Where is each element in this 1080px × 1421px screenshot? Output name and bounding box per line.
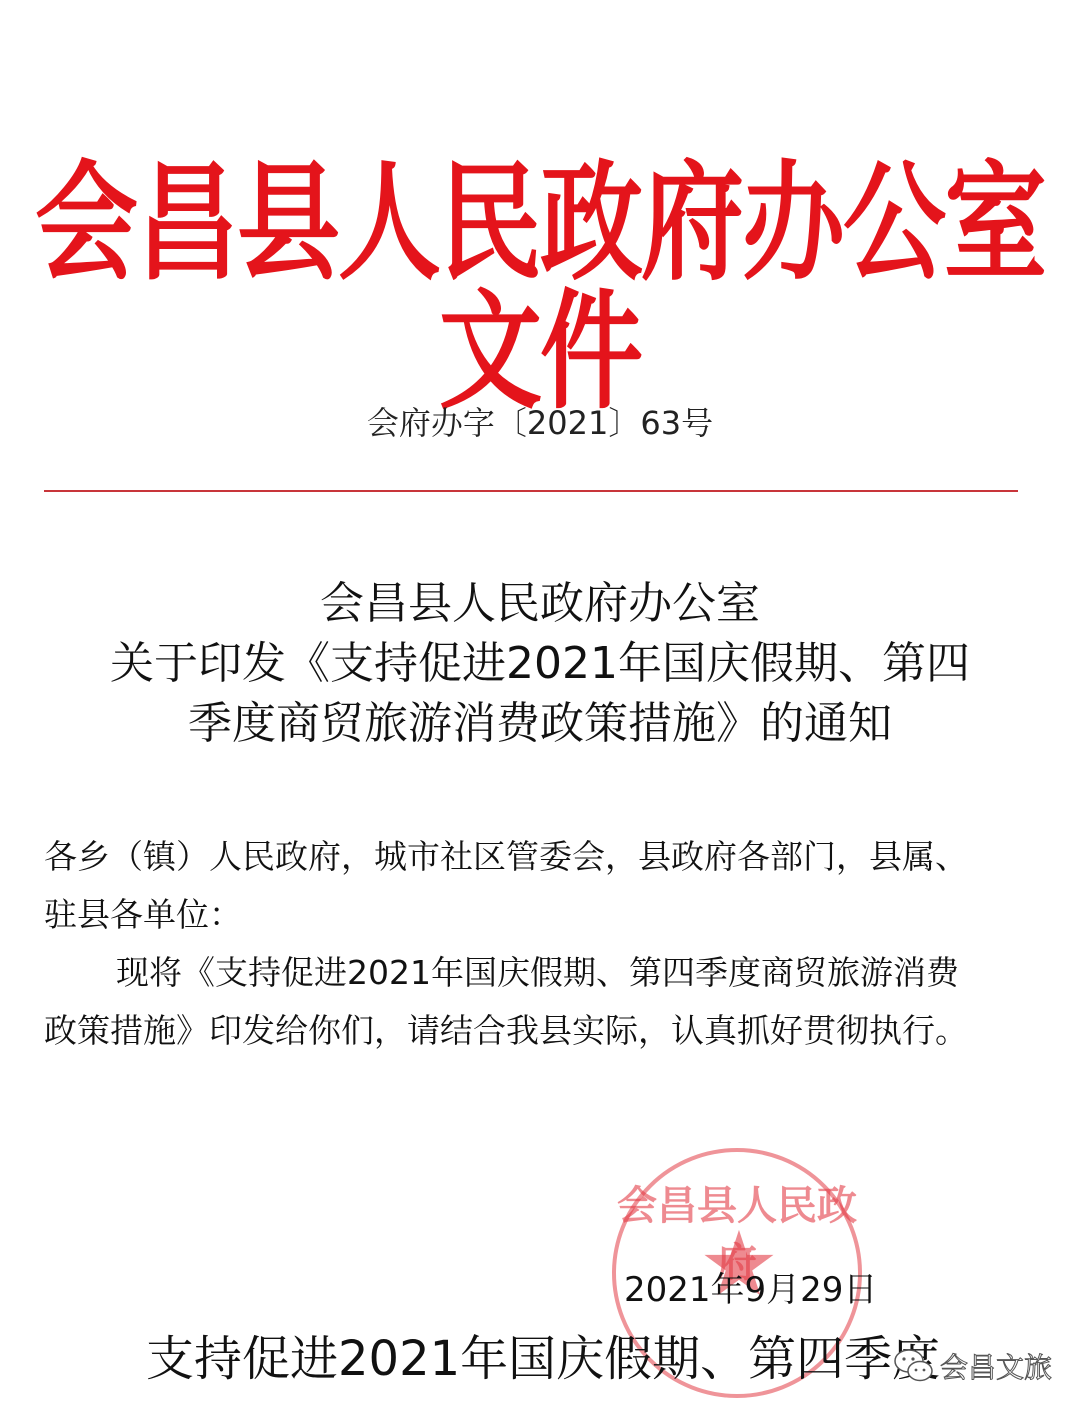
wechat-icon bbox=[892, 1346, 936, 1386]
account-watermark: 会昌文旅 bbox=[892, 1346, 1052, 1386]
watermark-label: 会昌文旅 bbox=[940, 1346, 1052, 1386]
title-line: 会昌县人民政府办公室 bbox=[40, 574, 1040, 634]
document-date: 2021年9月29日 bbox=[624, 1262, 877, 1311]
document-number: 会府办字〔2021〕63号 bbox=[0, 398, 1080, 444]
title-line: 关于印发《支持促进2021年国庆假期、第四 bbox=[40, 634, 1040, 694]
salutation-line: 各乡（镇）人民政府，城市社区管委会，县政府各部门，县属、 bbox=[44, 828, 1034, 886]
red-divider-line bbox=[44, 490, 1018, 492]
document-body: 各乡（镇）人民政府，城市社区管委会，县政府各部门，县属、 驻县各单位： 现将《支… bbox=[44, 828, 1034, 1060]
document-title: 会昌县人民政府办公室 关于印发《支持促进2021年国庆假期、第四 季度商贸旅游消… bbox=[40, 574, 1040, 754]
document-masthead: 会昌县人民政府办公室文件 bbox=[0, 160, 1080, 418]
body-paragraph-line: 政策措施》印发给你们，请结合我县实际，认真抓好贯彻执行。 bbox=[44, 1002, 1034, 1060]
body-paragraph-line: 现将《支持促进2021年国庆假期、第四季度商贸旅游消费 bbox=[44, 944, 1034, 1002]
salutation-line: 驻县各单位： bbox=[44, 886, 1034, 944]
attachment-title: 支持促进2021年国庆假期、第四季度 bbox=[146, 1320, 940, 1389]
title-line: 季度商贸旅游消费政策措施》的通知 bbox=[40, 694, 1040, 754]
